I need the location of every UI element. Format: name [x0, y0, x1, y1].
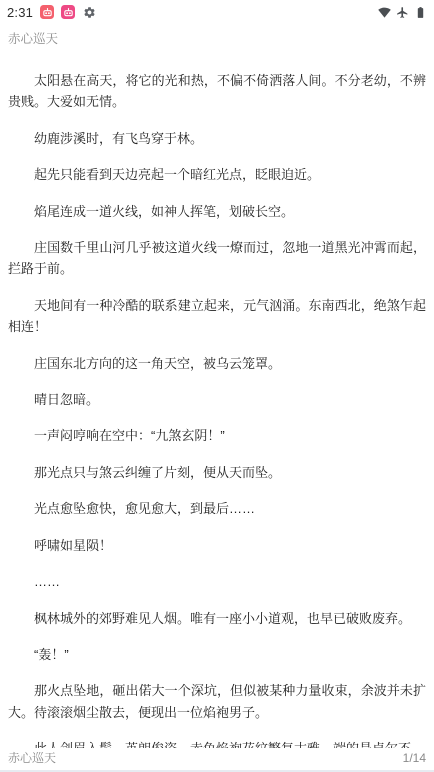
paragraph: 庄国数千里山河几乎被这道火线一燎而过，忽地一道黑光冲霄而起，拦路于前。 — [8, 237, 426, 280]
paragraph: 呼啸如星陨！ — [8, 535, 426, 556]
paragraph: 那光点只与煞云纠缠了片刻，便从天而坠。 — [8, 462, 426, 483]
status-time: 2:31 — [7, 5, 33, 20]
paragraph: “轰！” — [8, 644, 426, 665]
reading-area[interactable]: 太阳悬在高天，将它的光和热，不偏不倚洒落人间。不分老幼，不辨贵贱。大爱如无情。 … — [0, 50, 434, 772]
battery-icon — [413, 5, 427, 19]
paragraph: 天地间有一种冷酷的联系建立起来，元气汹涌。东南西北，绝煞乍起相连！ — [8, 295, 426, 338]
paragraph: …… — [8, 571, 426, 592]
paragraph: 那火点坠地，砸出偌大一个深坑，但似被某种力量收束，余波并未扩大。待滚滚烟尘散去，… — [8, 680, 426, 723]
chapter-header-title: 赤心巡天 — [8, 29, 426, 47]
paragraph: 焰尾连成一道火线，如神人挥笔，划破长空。 — [8, 201, 426, 222]
paragraph: 晴日忽暗。 — [8, 389, 426, 410]
paragraph: 起先只能看到天边亮起一个暗红光点，眨眼迫近。 — [8, 164, 426, 185]
notification-app-icon-2 — [61, 5, 75, 19]
status-bar: 2:31 — [0, 0, 434, 24]
paragraph: 太阳悬在高天，将它的光和热，不偏不倚洒落人间。不分老幼，不辨贵贱。大爱如无情。 — [8, 70, 426, 113]
paragraph: 光点愈坠愈快，愈见愈大，到最后…… — [8, 498, 426, 519]
reader-screen: 2:31 — [0, 0, 434, 772]
status-bar-right — [377, 5, 427, 19]
airplane-mode-icon — [395, 5, 409, 19]
page-indicator: 1/14 — [403, 751, 426, 765]
reader-footer: 赤心巡天 1/14 — [0, 748, 434, 772]
footer-book-title: 赤心巡天 — [8, 749, 56, 766]
notification-app-icon-1 — [40, 5, 54, 19]
status-bar-left: 2:31 — [7, 5, 96, 20]
paragraph: 枫林城外的郊野难见人烟。唯有一座小小道观，也早已破败废弃。 — [8, 608, 426, 629]
settings-gear-icon — [82, 5, 96, 19]
paragraph: 庄国东北方向的这一角天空，被乌云笼罩。 — [8, 353, 426, 374]
paragraph: 幼鹿涉溪时，有飞鸟穿于林。 — [8, 128, 426, 149]
paragraph: 一声闷哼响在空中：“九煞玄阴！” — [8, 425, 426, 446]
wifi-icon — [377, 5, 391, 19]
